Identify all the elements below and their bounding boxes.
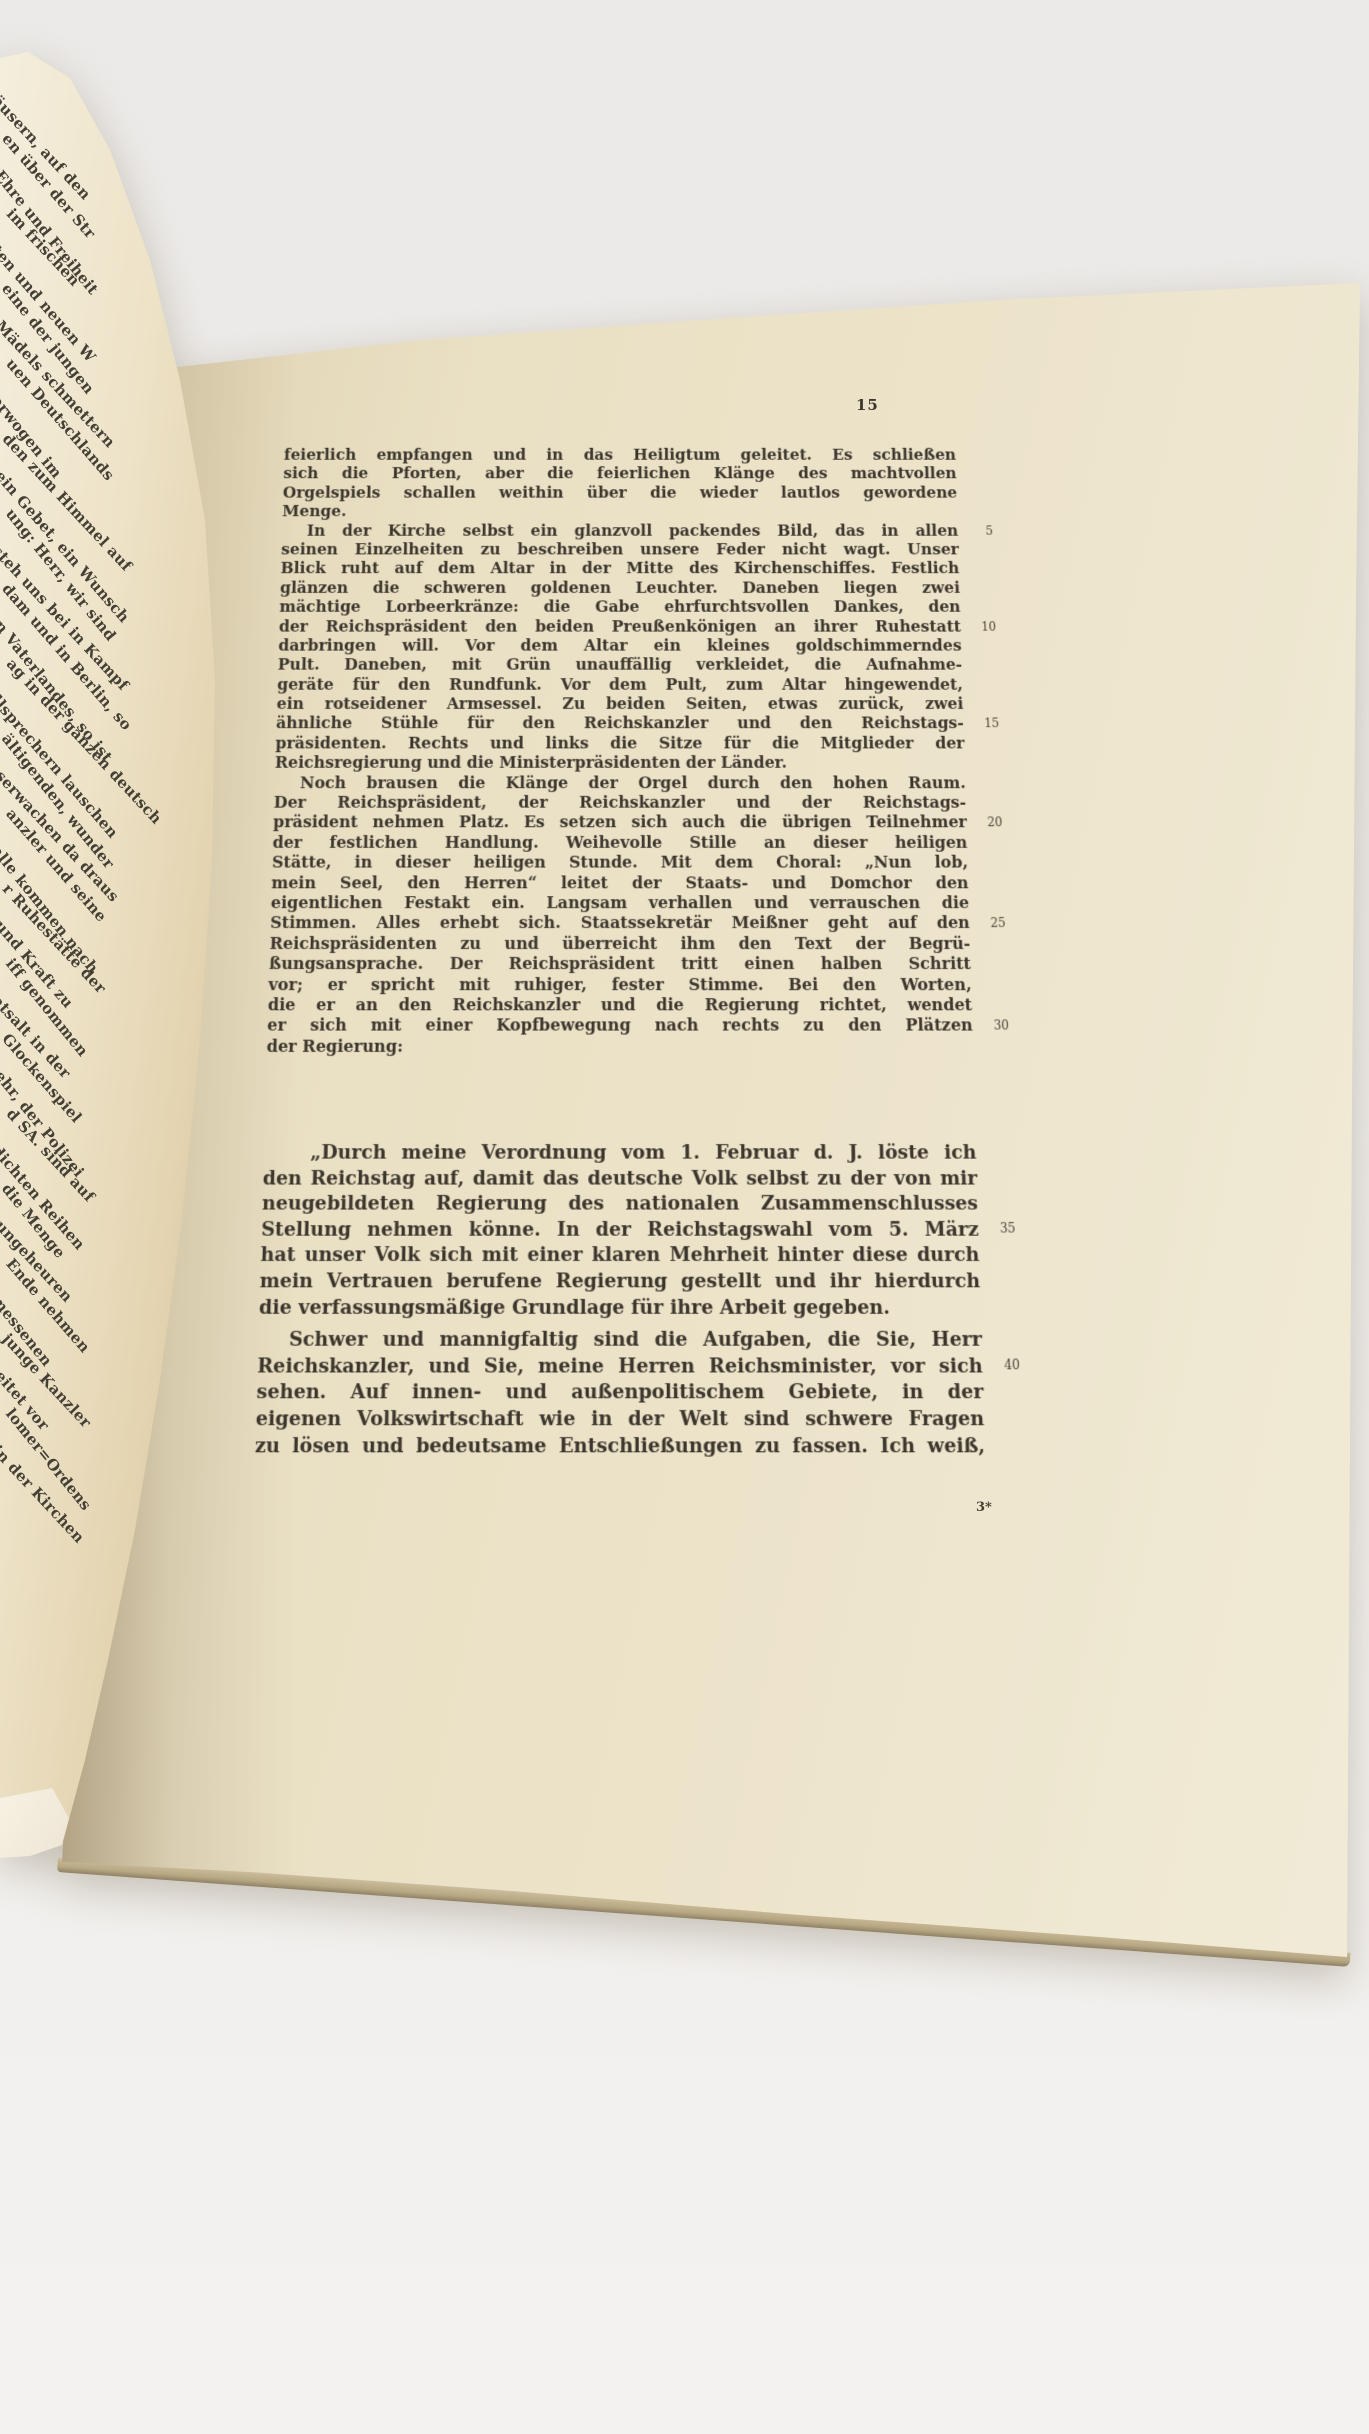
text-line-content: Reichsregierung und die Ministerpräsiden… — [275, 753, 787, 771]
text-line: der festlichen Handlung. Weihevolle Stil… — [272, 833, 967, 853]
text-line: sich die Pforten, aber die feierlichen K… — [283, 465, 957, 484]
text-line: Stätte, in dieser heiligen Stunde. Mit d… — [272, 853, 969, 873]
text-line-content: sich die Pforten, aber die feierlichen K… — [283, 465, 957, 483]
text-line-content: Stätte, in dieser heiligen Stunde. Mit d… — [272, 853, 968, 872]
text-line-content: die er an den Reichskanzler und die Regi… — [268, 995, 973, 1014]
text-line-content: er sich mit einer Kopfbewegung nach rech… — [267, 1016, 973, 1035]
text-line-content: ähnliche Stühle für den Reichskanzler un… — [276, 714, 964, 732]
main-text-block: feierlich empfangen und in das Heiligtum… — [266, 446, 973, 1057]
text-line-content: Menge. — [282, 502, 347, 520]
text-line-content: die verfassungsmäßige Grundlage für ihre… — [259, 1296, 890, 1318]
text-line: Orgelspiels schallen weithin über die wi… — [283, 484, 958, 503]
margin-line-number: 10 — [981, 620, 996, 633]
text-line-content: hat unser Volk sich mit einer klaren Meh… — [260, 1245, 980, 1267]
text-line-content: vor; er spricht mit ruhiger, fester Stim… — [268, 975, 972, 994]
text-line: seinen Einzelheiten zu beschreiben unser… — [281, 540, 959, 559]
text-line: Stimmen. Alles erhebt sich. Staatssekret… — [270, 913, 970, 933]
text-line: eigentlichen Festakt ein. Langsam verhal… — [271, 893, 970, 913]
text-line-content: Noch brausen die Klänge der Orgel durch … — [300, 773, 966, 791]
margin-line-number: 40 — [1004, 1357, 1020, 1372]
margin-line-number: 25 — [990, 916, 1006, 930]
text-line-content: Stimmen. Alles erhebt sich. Staatssekret… — [270, 913, 970, 932]
text-line-content: zu lösen und bedeutsame Entschließungen … — [255, 1435, 986, 1458]
text-line-content: feierlich empfangen und in das Heiligtum… — [284, 446, 957, 463]
text-line: geräte für den Rundfunk. Vor dem Pult, z… — [277, 675, 963, 695]
text-line-content: Schwer und mannigfaltig sind die Aufgabe… — [289, 1329, 982, 1351]
text-line-content: darbringen will. Vor dem Altar ein klein… — [278, 636, 962, 654]
text-line: präsident nehmen Platz. Es setzen sich a… — [273, 813, 967, 833]
text-line: der Reichspräsident den beiden Preußenkö… — [279, 617, 962, 636]
footer-signature-mark: 3* — [976, 1500, 992, 1515]
text-line-content: seinen Einzelheiten zu beschreiben unser… — [281, 540, 959, 558]
paragraph: feierlich empfangen und in das Heiligtum… — [282, 446, 958, 521]
text-line-content: Orgelspiels schallen weithin über die wi… — [283, 484, 958, 502]
margin-line-number: 15 — [984, 717, 999, 730]
text-line-content: Reichspräsidenten zu und überreicht ihm … — [269, 934, 970, 953]
text-line: Pult. Daneben, mit Grün unauffällig verk… — [278, 656, 963, 675]
text-line: sehen. Auf innen- und außenpolitischem G… — [256, 1380, 984, 1406]
text-line: ähnliche Stühle für den Reichskanzler un… — [276, 714, 964, 734]
text-line: Reichsregierung und die Ministerpräsiden… — [275, 753, 966, 773]
text-line: Stellung nehmen könne. In der Reichstags… — [261, 1218, 979, 1244]
text-line: Reichspräsidenten zu und überreicht ihm … — [269, 934, 970, 954]
text-line-content: präsident nehmen Platz. Es setzen sich a… — [273, 813, 967, 832]
text-line: mein Vertrauen berufene Regierung gestel… — [259, 1269, 980, 1295]
text-line-content: eigentlichen Festakt ein. Langsam verhal… — [271, 893, 970, 912]
text-line-content: sehen. Auf innen- und außenpolitischem G… — [256, 1382, 984, 1405]
text-line-content: der Reichspräsident den beiden Preußenkö… — [279, 617, 962, 635]
body-text: feierlich empfangen und in das Heiligtum… — [255, 446, 986, 1460]
text-line: Reichskanzler, und Sie, meine Herren Rei… — [257, 1354, 983, 1380]
photo-background: 15 feierlich empfangen und in das Heilig… — [0, 0, 1369, 2434]
text-line: Der Reichspräsident, der Reichskanzler u… — [273, 793, 966, 813]
text-line: neugebildeten Regierung des nationalen Z… — [262, 1192, 979, 1218]
text-line: „Durch meine Verordnung vom 1. Februar d… — [263, 1141, 977, 1166]
quote-text-block: „Durch meine Verordnung vom 1. Februar d… — [255, 1141, 986, 1460]
text-line: die verfassungsmäßige Grundlage für ihre… — [259, 1295, 982, 1321]
text-line-content: geräte für den Rundfunk. Vor dem Pult, z… — [277, 675, 963, 693]
text-line-content: Pult. Daneben, mit Grün unauffällig verk… — [278, 656, 963, 674]
open-book: 15 feierlich empfangen und in das Heilig… — [0, 0, 1369, 2434]
text-line-content: den Reichstag auf, damit das deutsche Vo… — [262, 1168, 977, 1190]
paragraph: „Durch meine Verordnung vom 1. Februar d… — [259, 1141, 982, 1321]
text-line: mein Seel, den Herren“ leitet der Staats… — [271, 873, 969, 893]
text-line: Schwer und mannigfaltig sind die Aufgabe… — [258, 1328, 983, 1354]
text-line-content: der festlichen Handlung. Weihevolle Stil… — [272, 833, 967, 852]
text-line: zu lösen und bedeutsame Entschließungen … — [255, 1433, 986, 1460]
paragraph: Noch brausen die Klänge der Orgel durch … — [266, 773, 973, 1057]
text-line-content: Reichskanzler, und Sie, meine Herren Rei… — [257, 1355, 983, 1377]
margin-line-number: 20 — [987, 816, 1003, 830]
text-line-content: präsidenten. Rechts und links die Sitze … — [275, 734, 965, 752]
text-line-content: Der Reichspräsident, der Reichskanzler u… — [274, 793, 967, 812]
text-line: er sich mit einer Kopfbewegung nach rech… — [267, 1016, 973, 1037]
text-line: mächtige Lorbeerkränze: die Gabe ehrfurc… — [279, 598, 961, 617]
margin-line-number: 35 — [1000, 1221, 1016, 1236]
text-line-content: eigenen Volkswirtschaft wie in der Welt … — [255, 1408, 984, 1431]
paragraph: In der Kirche selbst ein glanzvoll packe… — [275, 521, 966, 773]
text-line: Menge. — [282, 502, 958, 521]
paragraph: Schwer und mannigfaltig sind die Aufgabe… — [255, 1328, 986, 1460]
text-line-content: „Durch meine Verordnung vom 1. Februar d… — [310, 1142, 977, 1164]
text-line-content: neugebildeten Regierung des nationalen Z… — [262, 1193, 979, 1215]
text-line: In der Kirche selbst ein glanzvoll packe… — [281, 521, 958, 540]
text-line-content: ein rotseidener Armsessel. Zu beiden Sei… — [276, 695, 963, 713]
text-line-content: In der Kirche selbst ein glanzvoll packe… — [307, 521, 959, 539]
text-line-content: der Regierung: — [266, 1036, 403, 1055]
text-line: den Reichstag auf, damit das deutsche Vo… — [262, 1167, 977, 1193]
text-line: ßungsansprache. Der Reichspräsident trit… — [269, 954, 972, 974]
text-line-content: mächtige Lorbeerkränze: die Gabe ehrfurc… — [279, 598, 961, 616]
text-line: ein rotseidener Armsessel. Zu beiden Sei… — [276, 695, 963, 715]
text-line: darbringen will. Vor dem Altar ein klein… — [278, 636, 962, 655]
text-line-content: mein Vertrauen berufene Regierung gestel… — [259, 1270, 980, 1292]
text-line: Noch brausen die Klänge der Orgel durch … — [274, 773, 966, 793]
text-line-content: Stellung nehmen könne. In der Reichstags… — [261, 1219, 979, 1241]
page-number: 15 — [856, 396, 879, 414]
text-line: Blick ruht auf dem Altar in der Mitte de… — [280, 559, 959, 578]
text-line: eigenen Volkswirtschaft wie in der Welt … — [255, 1407, 984, 1434]
text-line: hat unser Volk sich mit einer klaren Meh… — [260, 1244, 980, 1270]
margin-line-number: 5 — [960, 524, 993, 537]
text-line: die er an den Reichskanzler und die Regi… — [268, 995, 973, 1016]
text-line: feierlich empfangen und in das Heiligtum… — [284, 446, 957, 465]
text-line: präsidenten. Rechts und links die Sitze … — [275, 734, 965, 754]
margin-line-number: 30 — [993, 1019, 1009, 1033]
text-line-content: mein Seel, den Herren“ leitet der Staats… — [271, 873, 969, 892]
text-line-content: Blick ruht auf dem Altar in der Mitte de… — [280, 559, 959, 577]
text-line-content: ßungsansprache. Der Reichspräsident trit… — [269, 954, 971, 973]
text-line: der Regierung: — [266, 1036, 973, 1057]
text-line: vor; er spricht mit ruhiger, fester Stim… — [268, 975, 972, 996]
text-line-content: glänzen die schweren goldenen Leuchter. … — [280, 578, 960, 596]
text-line: glänzen die schweren goldenen Leuchter. … — [280, 578, 960, 597]
